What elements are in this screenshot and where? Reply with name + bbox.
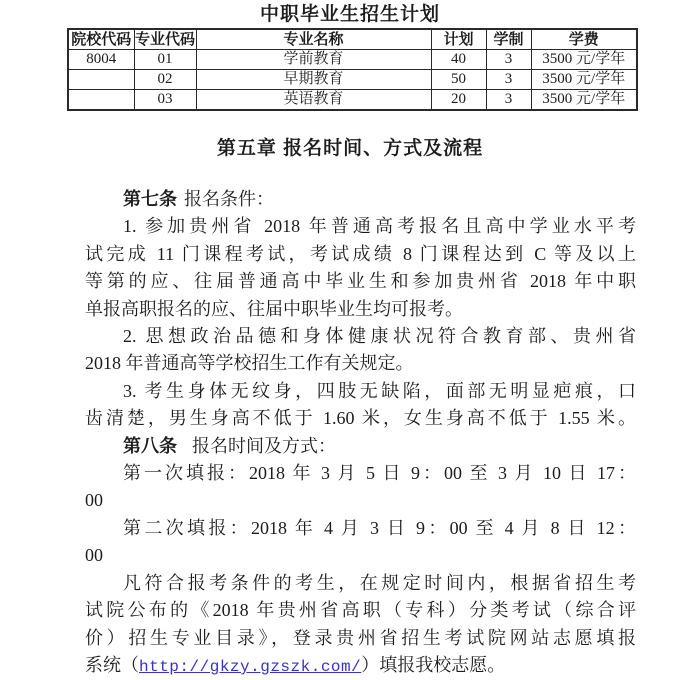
document-page: 中职毕业生招生计划 院校代码 专业代码 专业名称 计划 学制 学费 8004 0… [0, 0, 700, 680]
article8-heading-line: 第八条报名时间及方式： [85, 433, 636, 460]
cell-major-name: 学前教育 [196, 50, 431, 70]
cell-major-code: 03 [134, 90, 196, 111]
cell-plan-count: 40 [431, 50, 486, 70]
cell-major-code: 02 [134, 70, 196, 90]
schedule2-line2: 00 [85, 542, 636, 569]
schedule1-line1: 第一次填报：2018 年 3 月 5 日 9：00 至 3 月 10 日 17： [85, 460, 636, 487]
schedule1-line2: 00 [85, 487, 636, 514]
cell-duration: 3 [486, 90, 531, 111]
cell-school-code: 8004 [68, 50, 134, 70]
item1-line2: 试完成 11 门课程考试，考试成绩 8 门课程达到 C 等及以上 [85, 241, 636, 268]
item3-line2: 齿清楚，男生身高不低于 1.60 米，女生身高不低于 1.55 米。 [85, 405, 636, 432]
cell-tuition: 3500 元/学年 [531, 90, 637, 111]
cell-tuition: 3500 元/学年 [531, 50, 637, 70]
closing-pre-link: 系统（ [85, 655, 139, 675]
article8-title: 报名时间及方式： [192, 436, 336, 456]
closing-post-link: ）填报我校志愿。 [361, 655, 505, 675]
closing-line4: 系统（http://gkzy.gzszk.com/）填报我校志愿。 [85, 652, 636, 680]
table-row: 02 早期教育 50 3 3500 元/学年 [68, 70, 637, 90]
article7-title: 报名条件： [184, 189, 274, 209]
application-system-link[interactable]: http://gkzy.gzszk.com/ [139, 658, 361, 676]
col-header-duration: 学制 [486, 29, 531, 50]
cell-major-name: 早期教育 [196, 70, 431, 90]
table-header-row: 院校代码 专业代码 专业名称 计划 学制 学费 [68, 29, 637, 50]
table-row: 03 英语教育 20 3 3500 元/学年 [68, 90, 637, 111]
article8-label: 第八条 [123, 436, 177, 456]
cell-school-code [68, 90, 134, 111]
article7-heading-line: 第七条报名条件： [85, 186, 636, 213]
cell-duration: 3 [486, 50, 531, 70]
cell-tuition: 3500 元/学年 [531, 70, 637, 90]
cell-major-code: 01 [134, 50, 196, 70]
col-header-major-code: 专业代码 [134, 29, 196, 50]
item1-line1: 1. 参加贵州省 2018 年普通高考报名且高中学业水平考 [85, 213, 636, 240]
closing-line2: 试院公布的《2018 年贵州省高职（专科）分类考试（综合评 [85, 597, 636, 624]
table-row: 8004 01 学前教育 40 3 3500 元/学年 [68, 50, 637, 70]
enrollment-plan-table: 院校代码 专业代码 专业名称 计划 学制 学费 8004 01 学前教育 40 … [67, 28, 638, 111]
col-header-major-name: 专业名称 [196, 29, 431, 50]
cell-major-name: 英语教育 [196, 90, 431, 111]
cell-plan-count: 20 [431, 90, 486, 111]
item2-line1: 2. 思想政治品德和身体健康状况符合教育部、贵州省 [85, 323, 636, 350]
item1-line4: 单报高职报名的应、往届中职毕业生均可报考。 [85, 296, 636, 323]
table-title: 中职毕业生招生计划 [0, 0, 700, 27]
document-body: 第七条报名条件： 1. 参加贵州省 2018 年普通高考报名且高中学业水平考 试… [85, 186, 636, 680]
closing-line1: 凡符合报考条件的考生，在规定时间内，根据省招生考 [85, 570, 636, 597]
col-header-tuition: 学费 [531, 29, 637, 50]
cell-plan-count: 50 [431, 70, 486, 90]
cell-duration: 3 [486, 70, 531, 90]
closing-line3: 价）招生专业目录》，登录贵州省招生考试院网站志愿填报 [85, 625, 636, 652]
chapter-heading: 第五章 报名时间、方式及流程 [0, 135, 700, 162]
col-header-school-code: 院校代码 [68, 29, 134, 50]
item3-line1: 3. 考生身体无纹身，四肢无缺陷，面部无明显疤痕，口 [85, 378, 636, 405]
col-header-plan-count: 计划 [431, 29, 486, 50]
item2-line2: 2018 年普通高等学校招生工作有关规定。 [85, 350, 636, 377]
item1-line3: 等第的应、往届普通高中毕业生和参加贵州省 2018 年中职 [85, 268, 636, 295]
article7-label: 第七条 [123, 189, 177, 209]
cell-school-code [68, 70, 134, 90]
schedule2-line1: 第二次填报：2018 年 4 月 3 日 9：00 至 4 月 8 日 12： [85, 515, 636, 542]
